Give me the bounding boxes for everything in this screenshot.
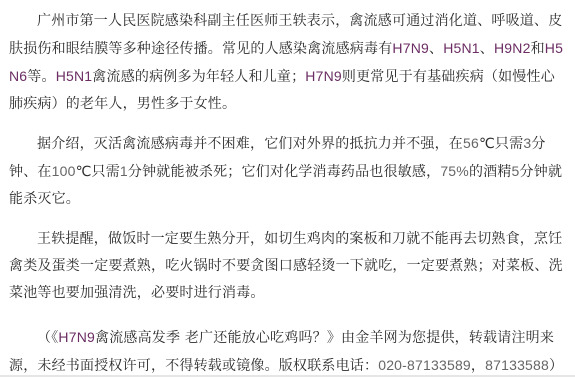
paragraph-transmission: 广州市第一人民医院感染科副主任医师王轶表示，禽流感可通过消化道、呼吸道、皮肤损伤… [9,8,565,118]
numeric-value: 5 [512,163,520,179]
virus-strain-term: H7N9 [58,329,95,345]
virus-strain-term: H9N2 [494,40,531,56]
virus-strain-term: H5N1 [56,68,93,84]
text-segment: 、 [429,41,443,57]
text-segment: 的酒精 [469,164,512,180]
text-segment: 分钟就能被杀死；它们对化学消毒药品也很敏感， [128,164,440,180]
numeric-value: 020-87133589 [378,357,471,373]
virus-strain-term: H7N9 [392,40,429,56]
text-segment: ℃只需 [76,164,120,180]
numeric-value: 100 [52,163,76,179]
paragraph-kitchen-advice: 王轶提醒，做饭时一定要生熟分开，如切生鸡肉的案板和刀就不能再去切熟食，烹饪禽类及… [9,226,565,307]
numeric-value: 1 [120,163,128,179]
paragraph-copyright-notice: （《H7N9禽流感高发季 老广还能放心吃鸡吗？》由金羊网为您提供，转载请注明来源… [9,324,565,377]
text-segment: ℃只需 [479,136,523,152]
text-segment: 王轶提醒，做饭时一定要生熟分开，如切生鸡肉的案板和刀就不能再去切熟食，烹饪禽类及… [9,231,563,301]
text-segment: 和 [531,41,545,57]
text-segment: 等。 [27,69,55,85]
numeric-value: 56 [463,135,479,151]
virus-strain-term: H5N1 [443,40,480,56]
numeric-value: 75% [440,163,469,179]
text-segment: 、 [480,41,494,57]
numeric-value: 87133588 [485,357,549,373]
text-segment: ） [549,358,563,374]
text-segment: 禽流感的病例多为年轻人和儿童； [92,69,305,85]
virus-strain-term: H7N9 [305,68,342,84]
text-segment: （《 [37,330,58,346]
text-segment: ， [471,358,485,374]
text-segment: 据介绍，灭活禽流感病毒并不困难，它们对外界的抵抗力并不强，在 [37,136,463,152]
paragraph-inactivation: 据介绍，灭活禽流感病毒并不困难，它们对外界的抵抗力并不强，在56℃只需3分钟、在… [9,130,565,213]
